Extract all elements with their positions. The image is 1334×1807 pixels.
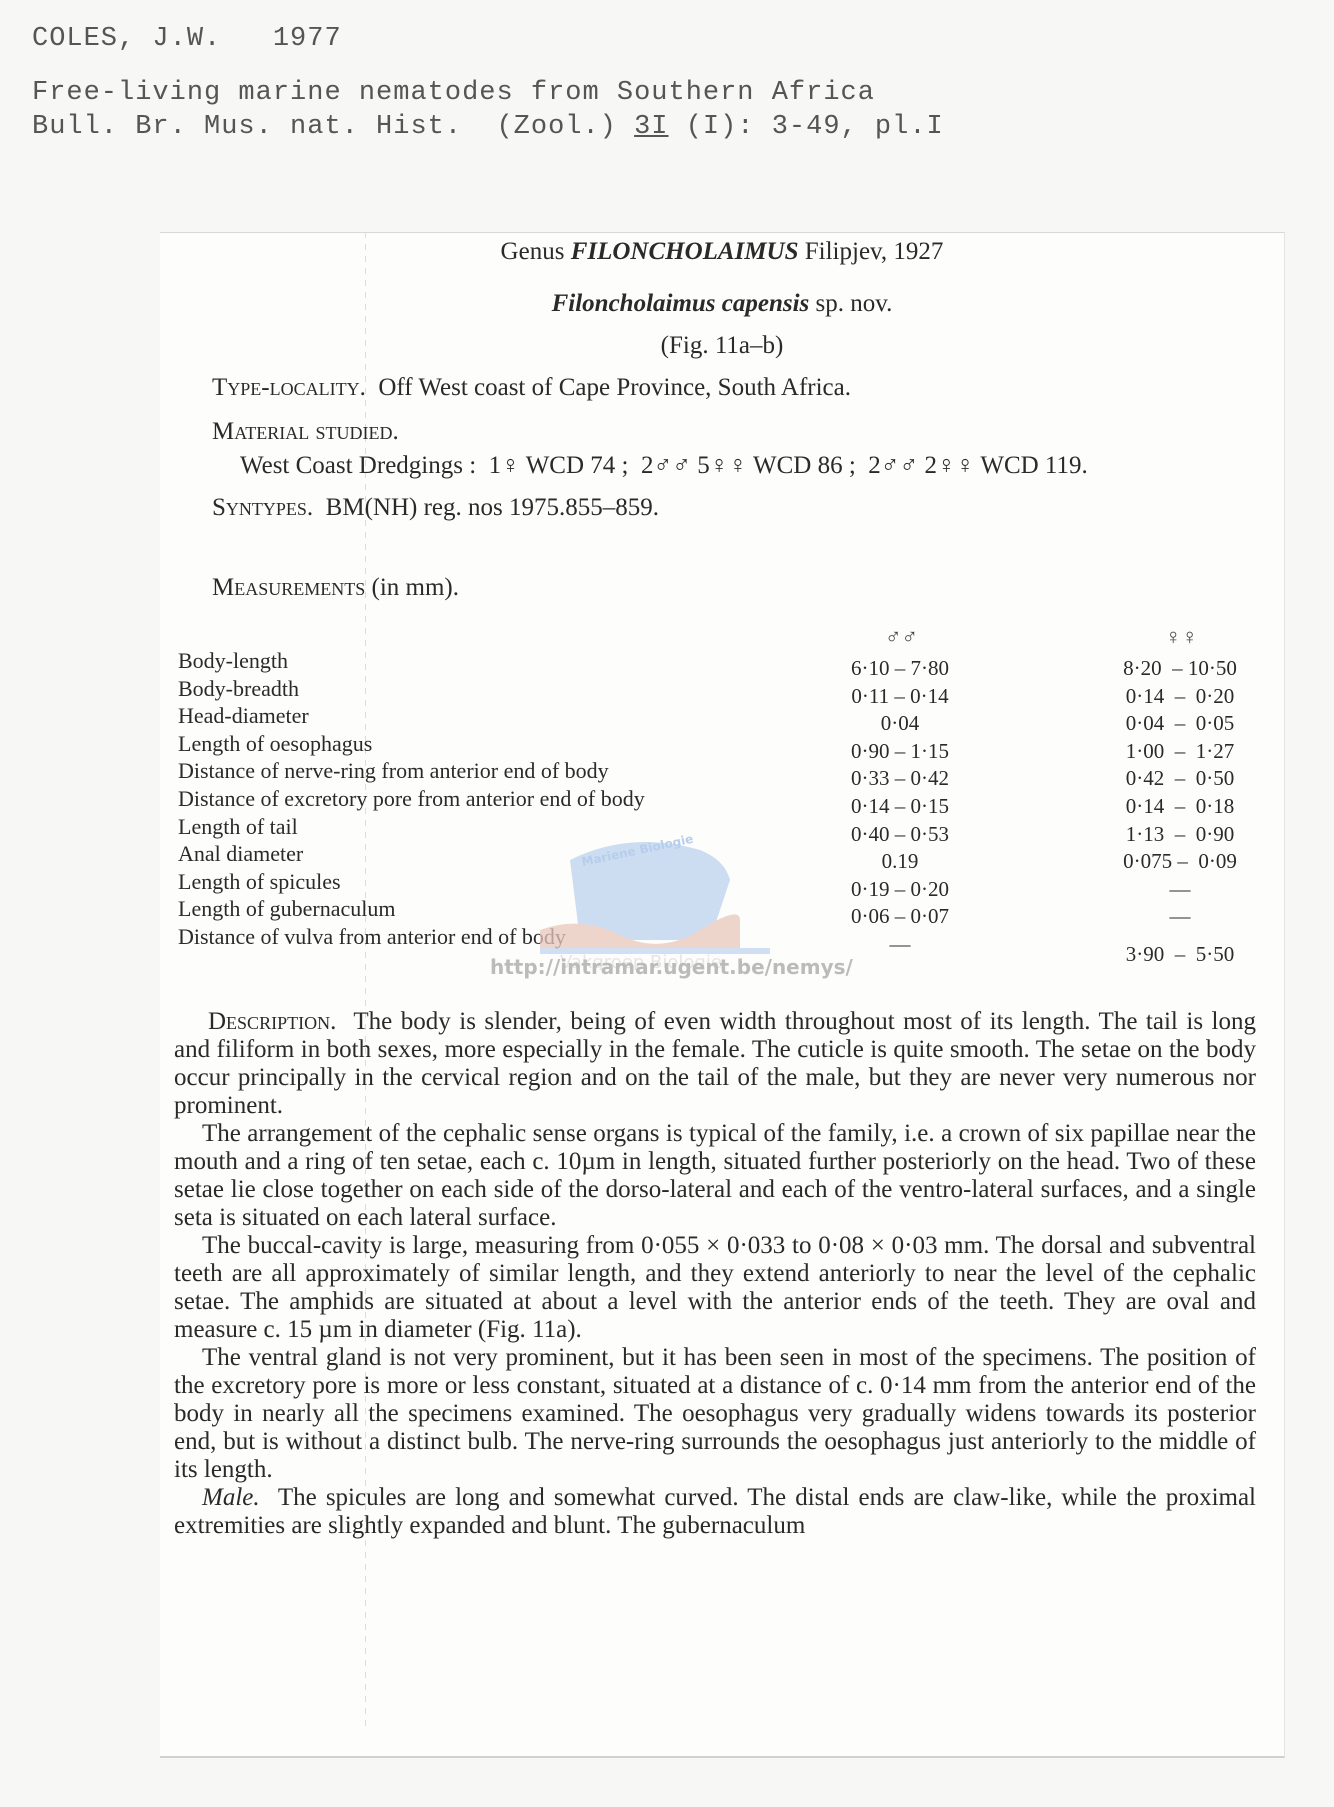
measurement-label: Body-breadth <box>178 676 299 702</box>
measurement-female-value: 0·04 – 0·05 <box>1100 711 1260 736</box>
measurement-label: Length of gubernaculum <box>178 896 396 922</box>
measurement-male-value: 0.19 <box>820 849 980 874</box>
measurement-male-value: 0·33 – 0·42 <box>820 766 980 791</box>
reference-journal: Bull. Br. Mus. nat. Hist. (Zool.) 3I (I)… <box>32 112 944 142</box>
reference-author-line: COLES, J.W. 1977 <box>32 24 342 54</box>
type-locality: Type-locality. Off West coast of Cape Pr… <box>212 374 851 402</box>
author: COLES, J.W. <box>32 24 221 54</box>
measurement-male-value: 0·90 – 1·15 <box>820 739 980 764</box>
female-symbol-header: ♀♀ <box>1165 624 1198 650</box>
measurement-male-value: 6·10 – 7·80 <box>820 656 980 681</box>
measurement-female-value: 1·00 – 1·27 <box>1100 739 1260 764</box>
watermark-url: http://intramar.ugent.be/nemys/ <box>490 955 853 979</box>
measurement-label: Length of tail <box>178 814 298 840</box>
reference-title: Free-living marine nematodes from Southe… <box>32 78 875 108</box>
measurement-female-value: — <box>1100 877 1260 902</box>
genus-heading: Genus FILONCHOLAIMUS Filipjev, 1927 <box>160 238 1284 266</box>
measurement-label: Distance of vulva from anterior end of b… <box>178 924 566 950</box>
measurement-female-value: 0·14 – 0·18 <box>1100 794 1260 819</box>
description-label: Description. <box>208 1008 336 1035</box>
measurement-male-value: 0·04 <box>820 711 980 736</box>
measurement-label: Distance of excretory pore from anterior… <box>178 786 645 812</box>
measurement-female-value: 0·075 – 0·09 <box>1100 849 1260 874</box>
volume: 3I <box>634 112 668 142</box>
measurement-male-value: 0·19 – 0·20 <box>820 877 980 902</box>
measurement-female-value: 0·14 – 0·20 <box>1100 684 1260 709</box>
measurement-female-value: — <box>1100 904 1260 929</box>
measurement-label: Body-length <box>178 648 288 674</box>
species-heading: Filoncholaimus capensis sp. nov. <box>160 290 1284 318</box>
watermark-logo: Mariene Biologie Vakgroep Biologie <box>540 820 780 970</box>
measurement-male-value: 0·14 – 0·15 <box>820 794 980 819</box>
measurement-female-value: 3·90 – 5·50 <box>1100 942 1260 967</box>
male-symbol-header: ♂♂ <box>885 624 918 650</box>
measurement-male-value: 0·40 – 0·53 <box>820 822 980 847</box>
measurement-female-value: 1·13 – 0·90 <box>1100 822 1260 847</box>
measurement-label: Anal diameter <box>178 841 303 867</box>
material-studied-text: West Coast Dredgings : 1♀ WCD 74 ; 2♂♂ 5… <box>240 452 1088 480</box>
measurement-label: Length of spicules <box>178 869 341 895</box>
measurement-female-value: 8·20 – 10·50 <box>1100 656 1260 681</box>
measurement-male-value: — <box>820 932 980 957</box>
measurements-heading: Measurements (in mm). <box>212 574 459 602</box>
measurement-label: Distance of nerve-ring from anterior end… <box>178 758 609 784</box>
figure-reference: (Fig. 11a–b) <box>160 332 1284 360</box>
description-text: Description. The body is slender, being … <box>174 1008 1256 1540</box>
measurement-label: Head-diameter <box>178 703 309 729</box>
male-label: Male. <box>202 1484 260 1511</box>
syntypes: Syntypes. BM(NH) reg. nos 1975.855–859. <box>212 494 659 522</box>
measurement-male-value: 0·06 – 0·07 <box>820 904 980 929</box>
measurement-male-value: 0·11 – 0·14 <box>820 684 980 709</box>
material-studied-label: Material studied. <box>212 418 399 446</box>
measurement-female-value: 0·42 – 0·50 <box>1100 766 1260 791</box>
year: 1977 <box>273 24 342 54</box>
measurement-label: Length of oesophagus <box>178 731 372 757</box>
